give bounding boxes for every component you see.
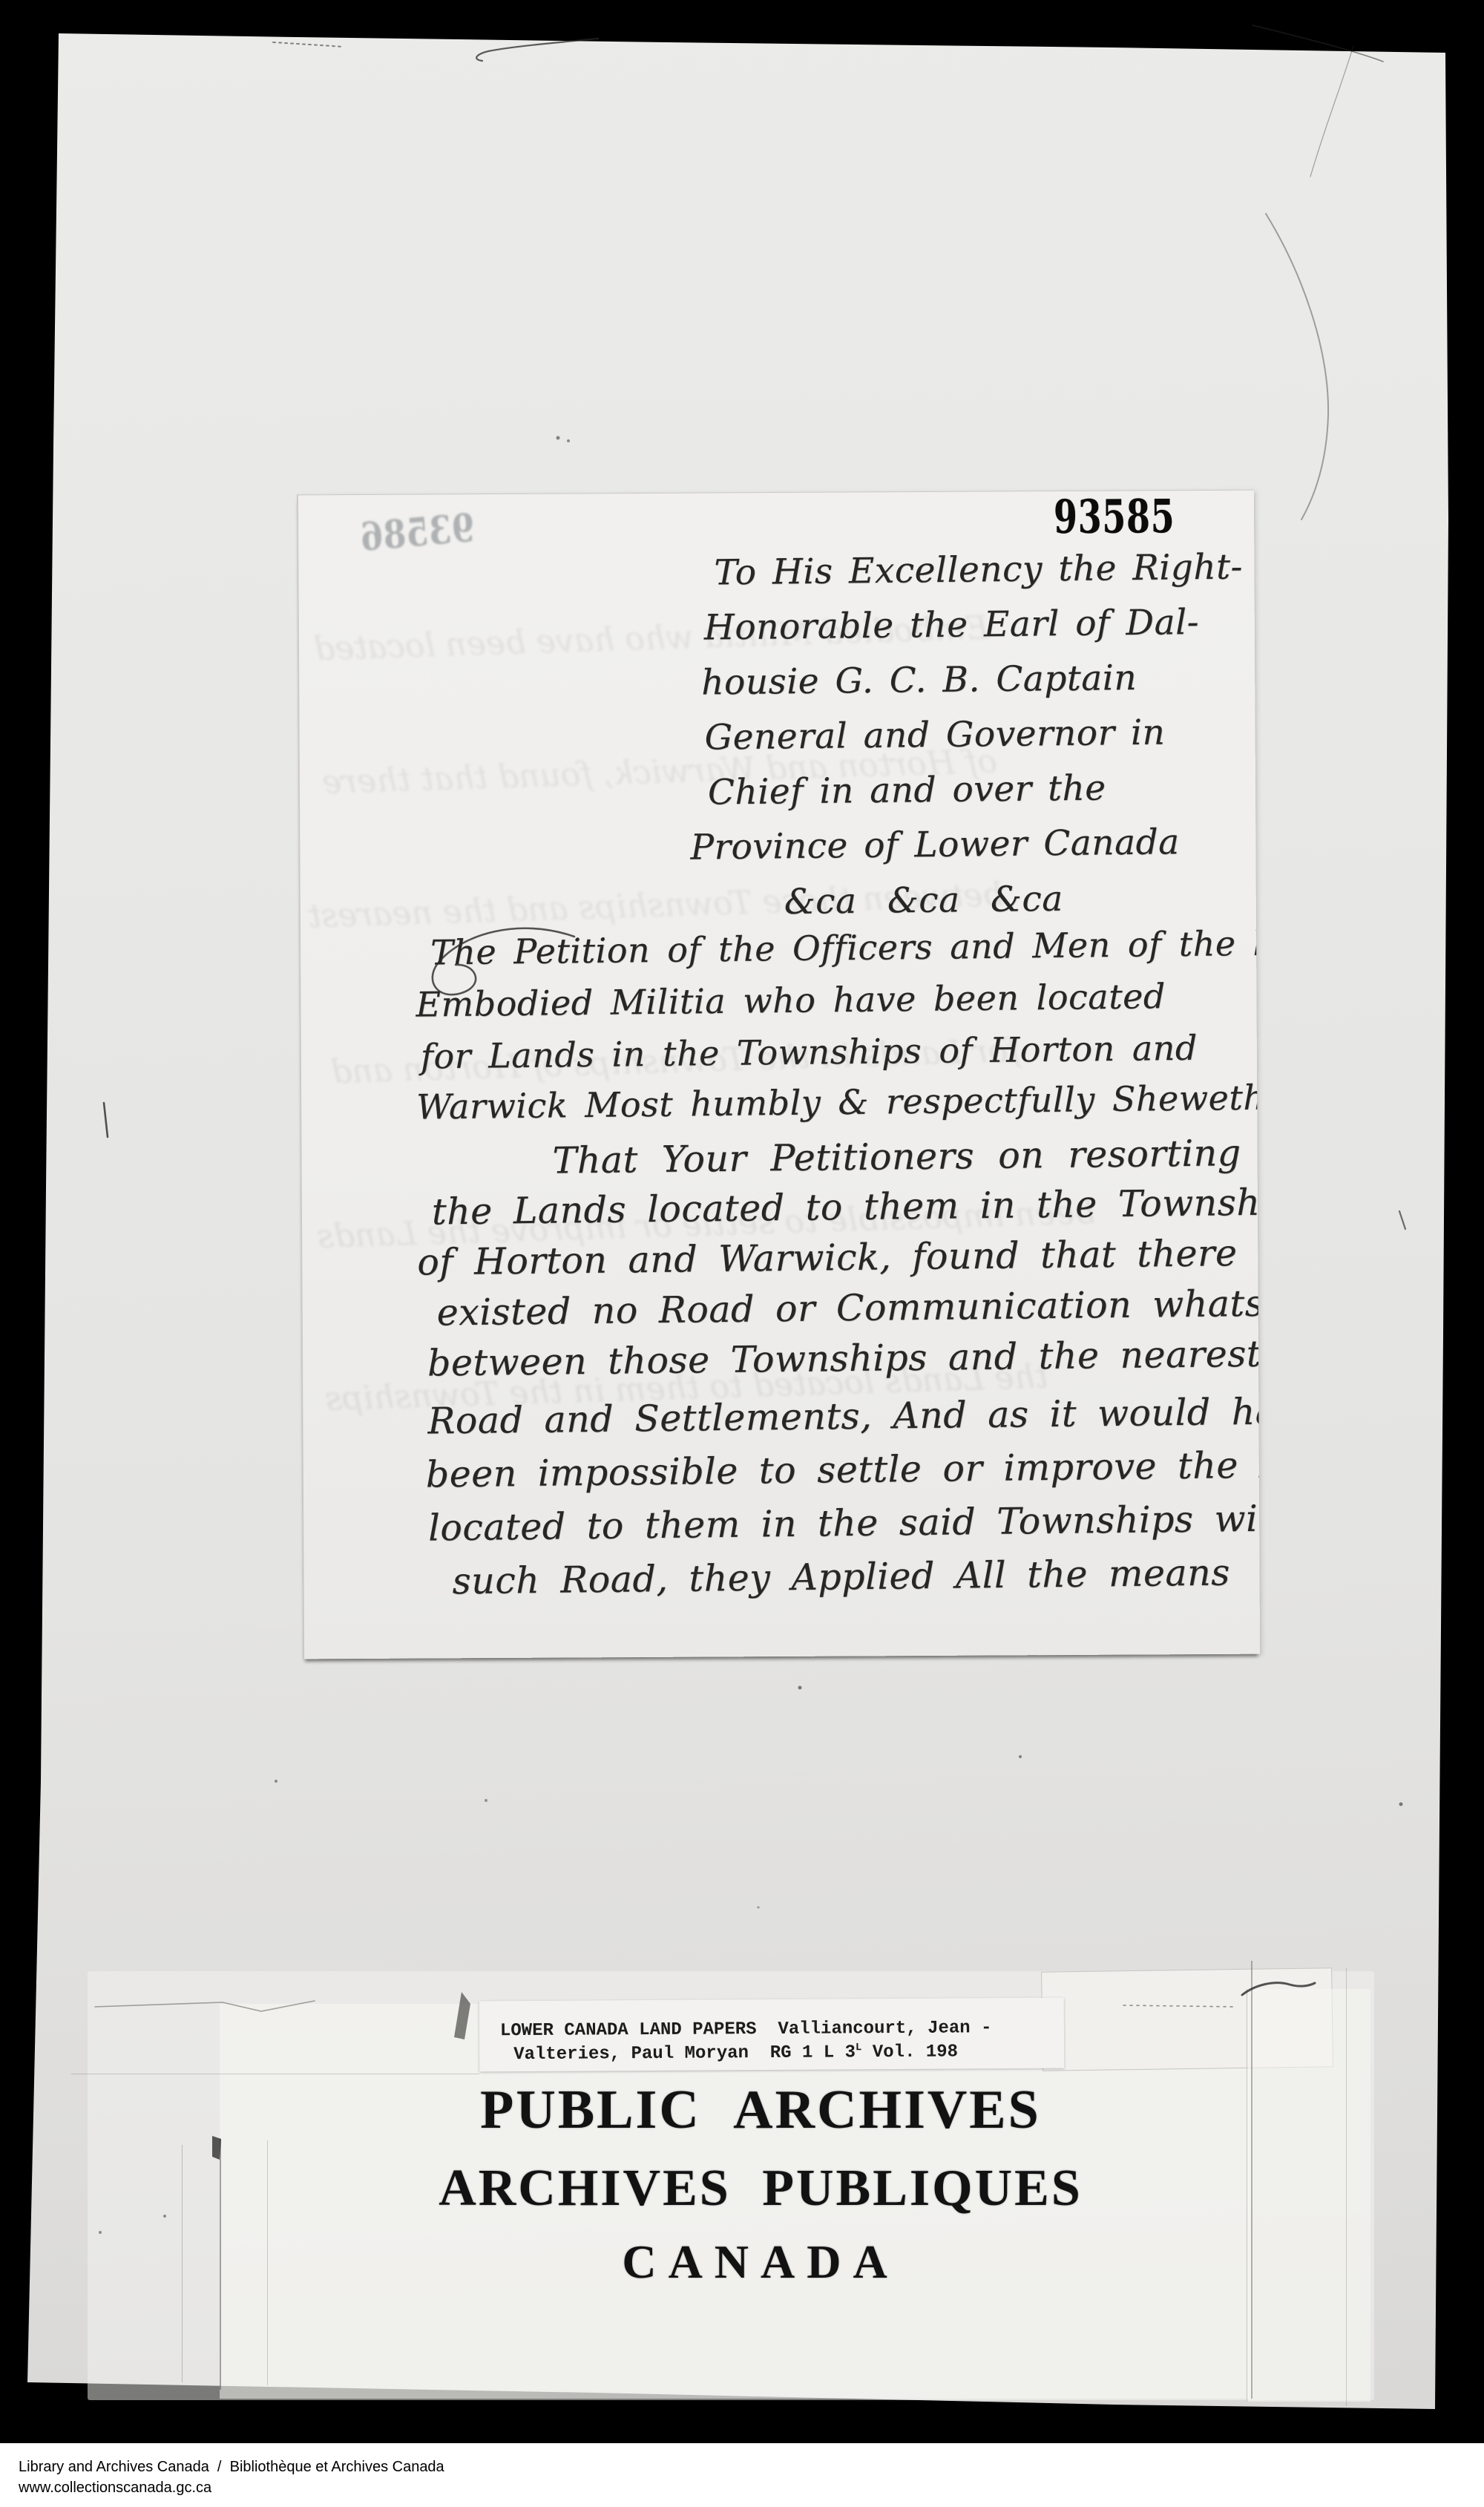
handwriting-line: General and Governor in [704,715,1165,755]
handwriting-line: housie G. C. B. Captain [701,661,1137,701]
handwriting-line: That Your Petitioners on resorting to [552,1134,1260,1179]
handwriting-line: Province of Lower Canada [690,825,1180,865]
handwriting-line: of Horton and Warwick, found that there [417,1235,1238,1281]
public-archives-stamp-line-english: PUBLIC ARCHIVES [319,2082,1202,2137]
archival-label: LOWER CANADA LAND PAPERS Valliancourt, J… [479,1998,1065,2072]
handwriting-line: for Lands in the Townships of Horton and [421,1031,1198,1074]
handwriting-line: located to them in the said Townships wi… [428,1499,1260,1546]
public-archives-stamp-line-french: ARCHIVES PUBLIQUES [319,2163,1202,2215]
handwriting-line: existed no Road or Communication whatsoe… [436,1284,1260,1331]
handwriting-line: such Road, they Applied All the means [452,1554,1230,1599]
footer-attribution: Library and Archives Canada / Bibliothèq… [19,2460,444,2474]
tape-patch [1247,1989,1370,2402]
label-volume: Vol. 198 [861,2042,958,2062]
document-page: Embodied Militia who have been located o… [297,490,1260,1659]
public-archives-stamp-line-canada: CANADA [319,2238,1202,2286]
handwriting-line: been impossible to settle or improve the… [426,1446,1261,1492]
handwriting-line: To His Excellency the Right- [714,549,1243,590]
bleed-through-number: 93586 [359,509,476,557]
handwriting-line: Honorable the Earl of Dal- [704,605,1200,646]
footer-url: www.collectionscanada.gc.ca [19,2480,211,2495]
label-title: LOWER CANADA LAND PAPERS Valliancourt, J… [500,2019,992,2040]
footer-bar: Library and Archives Canada / Bibliothèq… [0,2443,1484,2507]
scanned-document-view: Embodied Militia who have been located o… [0,0,1484,2507]
handwriting-line: Warwick Most humbly & respectfully Shewe… [416,1081,1260,1124]
handwriting-line: between those Townships and the nearest [427,1336,1260,1382]
label-reference-text: Valteries, Paul Moryan RG 1 L 3 [513,2042,856,2065]
handwriting-line: Chief in and over the [708,770,1106,810]
paper-crease [182,2145,183,2382]
file-number-stamp: 93585 [1054,494,1175,540]
paper-crease [71,2074,479,2074]
handwriting-line: the Lands located to them in the Townshi… [432,1184,1260,1230]
handwriting-line: &ca &ca &ca [784,882,1063,920]
handwriting-line: Road and Settlements, And as it would ha… [427,1393,1260,1440]
handwriting-line: Embodied Militia who have been located [416,979,1166,1021]
label-reference: Valteries, Paul Moryan RG 1 L 3L Vol. 19… [513,2042,958,2064]
paper-crease [1251,1961,1252,2399]
handwriting-line: The Petition of the Officers and Men of … [430,925,1260,970]
paper-crease [220,2139,221,2390]
paper-crease [267,2140,268,2385]
paper-crease [1346,1968,1347,2406]
